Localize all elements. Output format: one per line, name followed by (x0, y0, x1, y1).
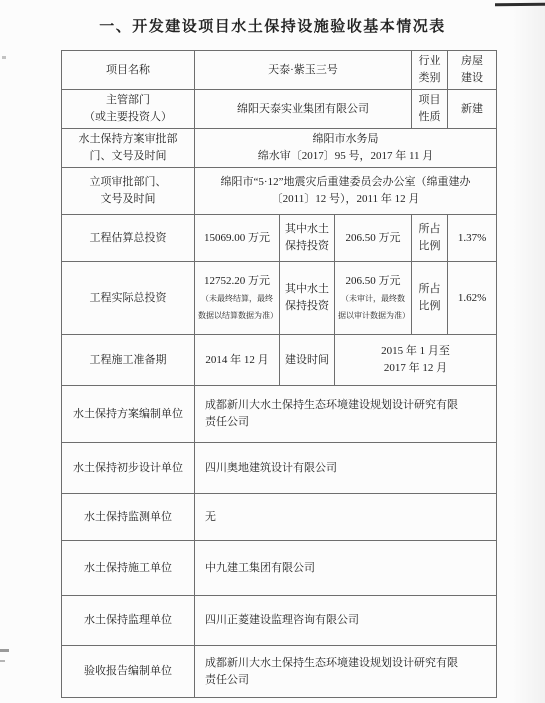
table-row: 水土保持方案审批部门、文号及时间绵阳市水务局绵水审〔2017〕95 号，2017… (62, 129, 497, 168)
table-row: 立项审批部门、文号及时间绵阳市“5·12”地震灾后重建委员会办公室（绵重建办〔2… (62, 168, 497, 215)
scan-artifact-left-mark (0, 649, 9, 652)
label-proportion-actual: 所占比例 (412, 262, 448, 335)
value-supervising-department: 绵阳天泰实业集团有限公司 (195, 90, 412, 129)
value-swc-investment-actual-note: （未审计，最终数据以审计数据为准） (338, 294, 410, 320)
value-actual-total-investment-note: （未最终结算，最终数据以结算数据为准） (198, 294, 278, 320)
value-proportion-est: 1.37% (448, 215, 497, 262)
value-swc-investment-est: 206.50 万元 (335, 215, 412, 262)
page-title: 一、开发建设项目水土保持设施验收基本情况表 (0, 15, 545, 36)
value-acceptance-report-compilation-unit: 成都新川大水土保持生态环境建设规划设计研究有限责任公司 (195, 646, 497, 698)
value-construction-time: 2015 年 1 月至2017 年 12 月 (335, 335, 497, 386)
label-swc-investment-est: 其中水土保持投资 (280, 215, 335, 262)
label-swc-investment-actual: 其中水土保持投资 (280, 262, 335, 335)
label-construction-time: 建设时间 (280, 335, 335, 386)
label-project-nature: 项目性质 (412, 90, 448, 129)
label-swc-supervision-unit: 水土保持监理单位 (62, 596, 195, 646)
label-supervising-department: 主管部门（或主要投资人） (62, 90, 195, 129)
label-acceptance-report-compilation-unit: 验收报告编制单位 (62, 646, 195, 698)
table-row: 水土保持方案编制单位成都新川大水土保持生态环境建设规划设计研究有限责任公司 (62, 386, 497, 443)
table-row: 水土保持监测单位无 (62, 494, 497, 541)
label-project-approval-authority: 立项审批部门、文号及时间 (62, 168, 195, 215)
table-row: 主管部门（或主要投资人）绵阳天泰实业集团有限公司项目性质新建 (62, 90, 497, 129)
table-body: 项目名称天泰·紫玉三号行业类别房屋建设主管部门（或主要投资人）绵阳天泰实业集团有… (62, 51, 497, 698)
value-proportion-actual: 1.62% (448, 262, 497, 335)
table-row: 工程实际总投资12752.20 万元（未最终结算，最终数据以结算数据为准）其中水… (62, 262, 497, 335)
label-swc-plan-compilation-unit: 水土保持方案编制单位 (62, 386, 195, 443)
value-swc-supervision-unit: 四川正菱建设监理咨询有限公司 (195, 596, 497, 646)
scan-artifact-left-dot (2, 56, 6, 59)
value-plan-approval-authority: 绵阳市水务局绵水审〔2017〕95 号，2017 年 11 月 (195, 129, 497, 168)
table-row: 项目名称天泰·紫玉三号行业类别房屋建设 (62, 51, 497, 90)
table-row: 验收报告编制单位成都新川大水土保持生态环境建设规划设计研究有限责任公司 (62, 646, 497, 698)
label-plan-approval-authority: 水土保持方案审批部门、文号及时间 (62, 129, 195, 168)
scanned-document-page: 一、开发建设项目水土保持设施验收基本情况表 项目名称天泰·紫玉三号行业类别房屋建… (0, 0, 545, 703)
table-row: 水土保持监理单位四川正菱建设监理咨询有限公司 (62, 596, 497, 646)
label-swc-monitoring-unit: 水土保持监测单位 (62, 494, 195, 541)
scan-artifact-top-right-line (495, 3, 545, 7)
scan-artifact-left-mark-2 (0, 660, 5, 662)
value-swc-investment-actual: 206.50 万元（未审计，最终数据以审计数据为准） (335, 262, 412, 335)
value-swc-plan-compilation-unit: 成都新川大水土保持生态环境建设规划设计研究有限责任公司 (195, 386, 497, 443)
table-row: 工程施工准备期2014 年 12 月建设时间2015 年 1 月至2017 年 … (62, 335, 497, 386)
label-industry-category: 行业类别 (412, 51, 448, 90)
label-swc-preliminary-design-unit: 水土保持初步设计单位 (62, 443, 195, 494)
label-estimated-total-investment: 工程估算总投资 (62, 215, 195, 262)
value-project-name: 天泰·紫玉三号 (195, 51, 412, 90)
value-estimated-total-investment: 15069.00 万元 (195, 215, 280, 262)
label-actual-total-investment: 工程实际总投资 (62, 262, 195, 335)
label-project-name: 项目名称 (62, 51, 195, 90)
value-swc-construction-unit: 中九建工集团有限公司 (195, 541, 497, 596)
value-actual-total-investment: 12752.20 万元（未最终结算，最终数据以结算数据为准） (195, 262, 280, 335)
value-project-approval-authority: 绵阳市“5·12”地震灾后重建委员会办公室（绵重建办〔2011〕12 号），20… (195, 168, 497, 215)
label-swc-construction-unit: 水土保持施工单位 (62, 541, 195, 596)
value-swc-monitoring-unit: 无 (195, 494, 497, 541)
value-industry-category: 房屋建设 (448, 51, 497, 90)
info-table: 项目名称天泰·紫玉三号行业类别房屋建设主管部门（或主要投资人）绵阳天泰实业集团有… (61, 50, 497, 698)
value-construction-preparation-period: 2014 年 12 月 (195, 335, 280, 386)
value-project-nature: 新建 (448, 90, 497, 129)
label-construction-preparation-period: 工程施工准备期 (62, 335, 195, 386)
value-swc-preliminary-design-unit: 四川奥地建筑设计有限公司 (195, 443, 497, 494)
table-row: 水土保持初步设计单位四川奥地建筑设计有限公司 (62, 443, 497, 494)
table-row: 工程估算总投资15069.00 万元其中水土保持投资206.50 万元所占比例1… (62, 215, 497, 262)
label-proportion-est: 所占比例 (412, 215, 448, 262)
table-row: 水土保持施工单位中九建工集团有限公司 (62, 541, 497, 596)
